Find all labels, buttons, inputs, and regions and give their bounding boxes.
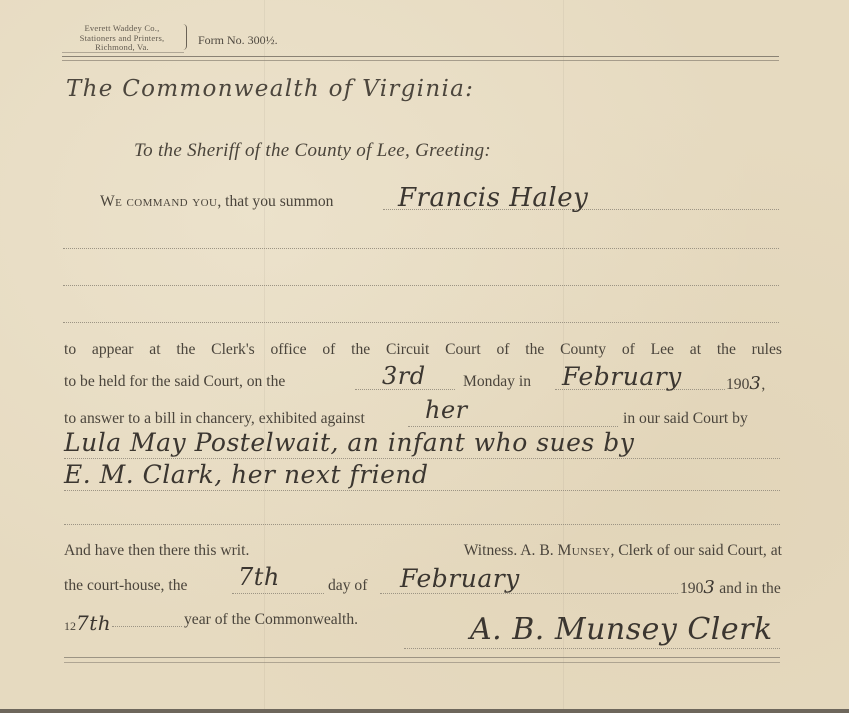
against-handwritten: her [425,396,468,424]
witness-label: Witness. A. B. [464,542,554,559]
greeting: To the Sheriff of the County of Lee, Gre… [134,140,491,162]
commonwealth-year-printed: 12 [64,619,76,633]
brace-divider [180,24,187,50]
imprint-underline [62,52,184,53]
witness-line-1: And have then there this writ. Witness. … [64,542,782,560]
document-title: The Commonwealth of Virginia: [66,76,474,102]
command-text: , that you summon [217,193,333,210]
blank-line [63,322,779,323]
witness-line-1-suffix: , Clerk of our said Court, at [610,542,782,559]
signature-blank [404,648,780,649]
complainant-line-1: Lula May Postelwait, an infant who sues … [64,428,634,457]
appearance-line-3-prefix: to answer to a bill in chancery, exhibit… [64,410,365,428]
complainant-blank-1 [64,458,780,459]
commonwealth-year-blank [112,626,182,627]
complainant-blank-2 [64,490,780,491]
ordinal-handwritten: 3rd [382,362,426,390]
appearance-line-2-prefix: to be held for the said Court, on the [64,373,285,391]
form-number: Form No. 300½. [198,33,278,48]
year-digit-handwritten: 3 [749,373,761,394]
command-prefix: We command you [100,193,217,210]
footer-rule-bottom [64,662,780,663]
year-printed: 190 [726,376,749,393]
witness-line-1-prefix: And have then there this writ. [64,542,249,560]
day-blank [232,593,324,594]
clerk-signature: A. B. Munsey Clerk [470,612,773,647]
witness-month-handwritten: February [400,564,520,593]
blank-line [64,524,780,525]
witness-year-digit-handwritten: 3 [703,577,715,598]
defendant-name: Francis Haley [398,183,588,213]
witness-line-2-prefix: the court-house, the [64,577,187,595]
appearance-line-2-middle: Monday in [463,373,531,391]
header-rule-bottom [62,60,779,61]
witness-line-2-suffix: and in the [719,580,781,597]
printer-imprint: Everett Waddey Co., Stationers and Print… [62,24,182,53]
witness-line-3-suffix: year of the Commonwealth. [184,611,358,629]
blank-line [63,248,779,249]
complainant-line-2: E. M. Clark, her next friend [64,460,429,489]
commonwealth-year-handwritten: 7th [76,611,111,635]
command-line: We command you, that you summon [100,193,333,211]
blank-line [63,285,779,286]
day-handwritten: 7th [238,563,280,591]
year-suffix: , [761,376,765,393]
appearance-line-1: to appear at the Clerk's office of the C… [64,341,782,359]
paper-bottom-edge [0,709,849,713]
fold-mark [563,0,564,713]
witness-line-2-middle: day of [328,577,367,595]
witness-month-blank [380,593,678,594]
footer-rule-top [64,657,780,658]
witness-year-printed: 190 [680,580,703,597]
header-rule-top [62,56,779,57]
against-blank [408,426,618,427]
clerk-name-printed: Munsey [558,542,611,559]
appearance-line-3-suffix: in our said Court by [623,410,748,428]
month-handwritten: February [562,362,682,391]
fold-mark [264,0,265,713]
